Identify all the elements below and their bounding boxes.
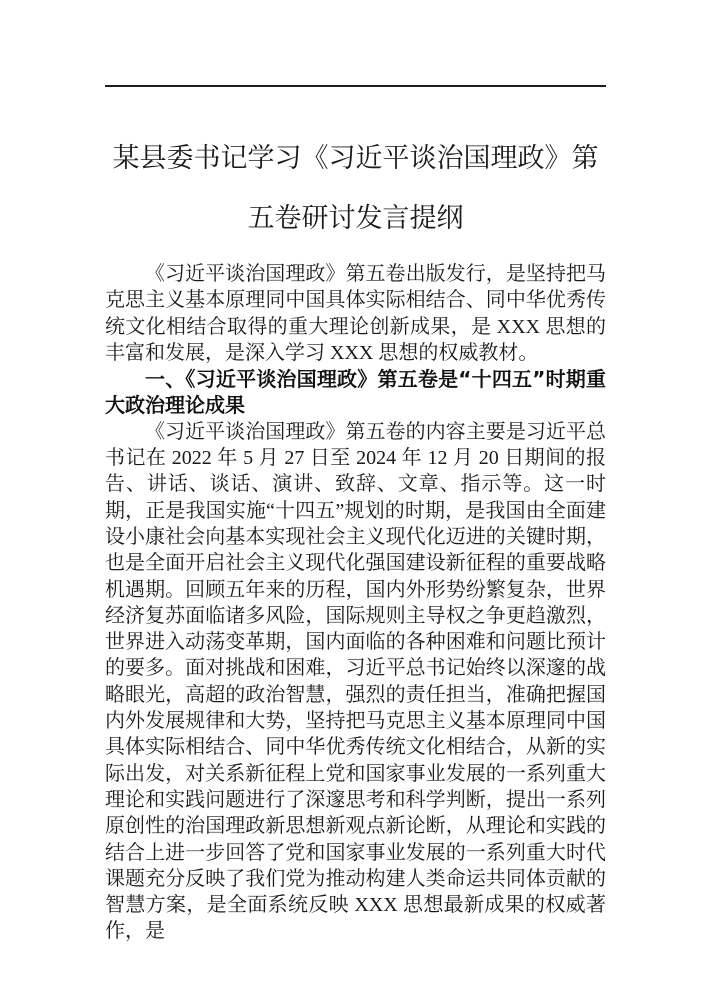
document-title: 某县委书记学习《习近平谈治国理政》第五卷研讨发言提纲 bbox=[105, 128, 606, 248]
section-one-body-paragraph: 《习近平谈治国理政》第五卷的内容主要是习近平总书记在 2022 年 5 月 27… bbox=[105, 419, 606, 945]
header-divider bbox=[105, 85, 606, 87]
document-page: 某县委书记学习《习近平谈治国理政》第五卷研讨发言提纲 《习近平谈治国理政》第五卷… bbox=[0, 0, 711, 1006]
intro-paragraph: 《习近平谈治国理政》第五卷出版发行，是坚持把马克思主义基本原理同中国具体实际相结… bbox=[105, 261, 606, 366]
section-one-heading: 一、《习近平谈治国理政》第五卷是“十四五”时期重大政治理论成果 bbox=[105, 366, 606, 419]
